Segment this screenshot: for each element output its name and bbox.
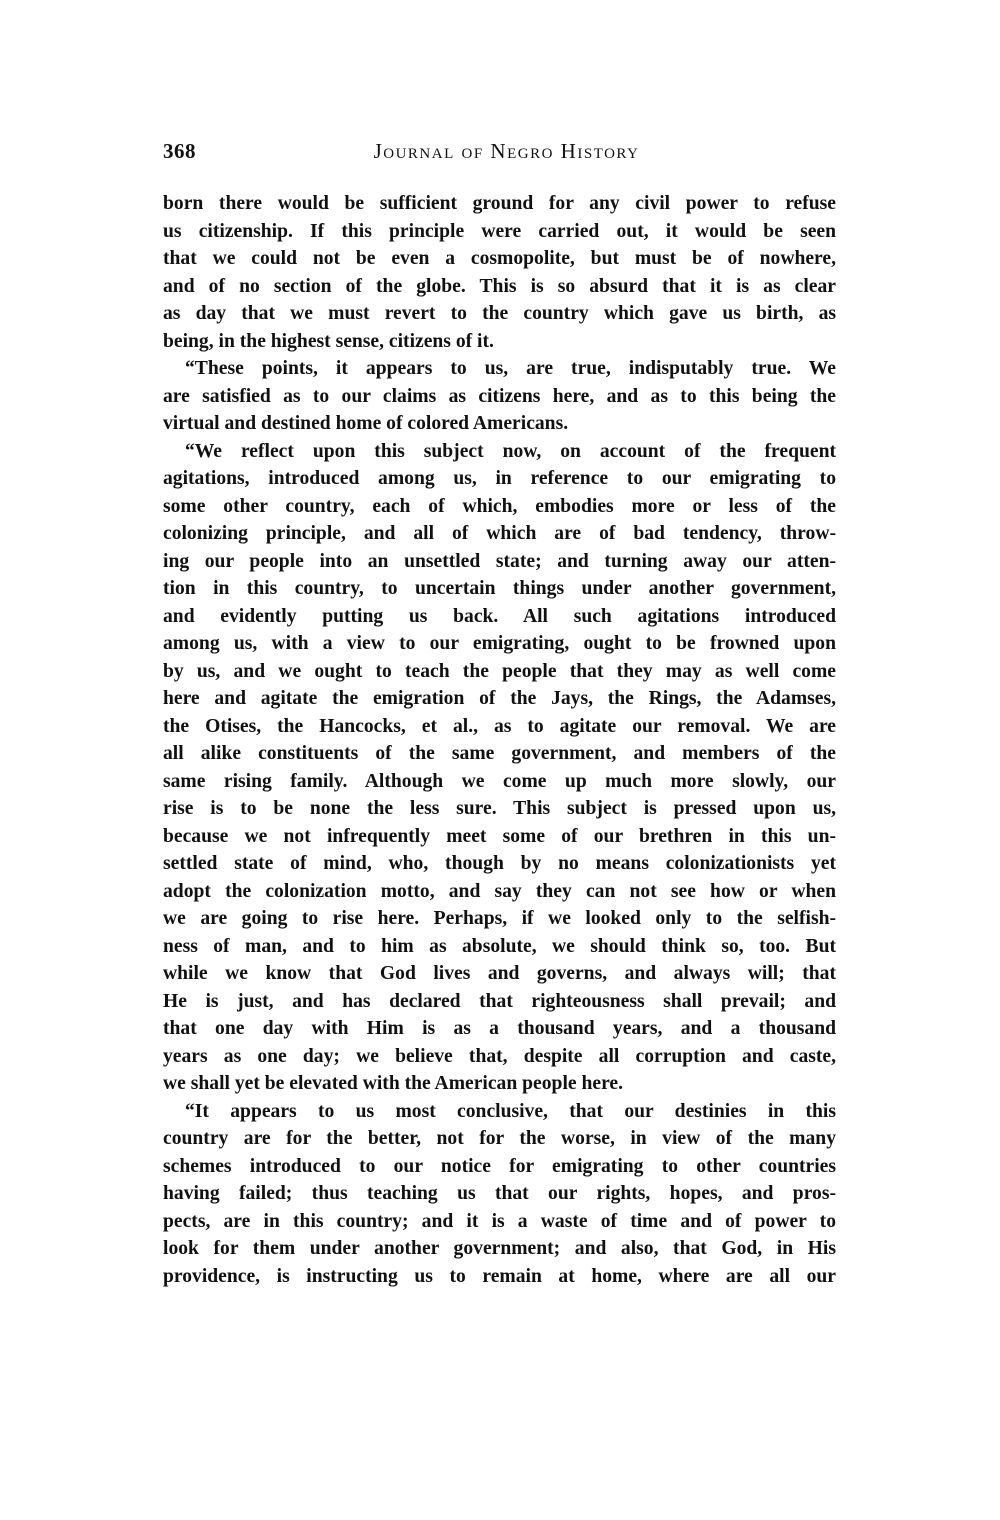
text-line: country are for the better, not for the …: [163, 1125, 836, 1153]
text-line: He is just, and has declared that righte…: [163, 988, 836, 1016]
body-text: born there would be sufficient ground fo…: [163, 190, 836, 1290]
text-line: pects, are in this country; and it is a …: [163, 1208, 836, 1236]
paragraph-start-line: “These points, it appears to us, are tru…: [163, 355, 836, 383]
text-line: providence, is instructing us to remain …: [163, 1263, 836, 1291]
text-line: and of no section of the globe. This is …: [163, 273, 836, 301]
text-line: ness of man, and to him as absolute, we …: [163, 933, 836, 961]
text-line: agitations, introduced among us, in refe…: [163, 465, 836, 493]
text-line: us citizenship. If this principle were c…: [163, 218, 836, 246]
text-line: and evidently putting us back. All such …: [163, 603, 836, 631]
text-line: as day that we must revert to the countr…: [163, 300, 836, 328]
text-line: look for them under another government; …: [163, 1235, 836, 1263]
text-line: rise is to be none the less sure. This s…: [163, 795, 836, 823]
text-line: we are going to rise here. Perhaps, if w…: [163, 905, 836, 933]
paragraph-end-line: virtual and destined home of colored Ame…: [163, 410, 836, 438]
journal-title: Journal of Negro History: [163, 139, 836, 164]
text-line: that one day with Him is as a thousand y…: [163, 1015, 836, 1043]
text-line: here and agitate the emigration of the J…: [163, 685, 836, 713]
text-line: years as one day; we believe that, despi…: [163, 1043, 836, 1071]
text-line: schemes introduced to our notice for emi…: [163, 1153, 836, 1181]
text-line: the Otises, the Hancocks, et al., as to …: [163, 713, 836, 741]
text-line: because we not infrequently meet some of…: [163, 823, 836, 851]
text-line: settled state of mind, who, though by no…: [163, 850, 836, 878]
text-line: some other country, each of which, embod…: [163, 493, 836, 521]
text-line: same rising family. Although we come up …: [163, 768, 836, 796]
text-line: all alike constituents of the same gover…: [163, 740, 836, 768]
text-line: while we know that God lives and governs…: [163, 960, 836, 988]
text-line: tion in this country, to uncertain thing…: [163, 575, 836, 603]
paragraph-start-line: “It appears to us most conclusive, that …: [163, 1098, 836, 1126]
text-line: by us, and we ought to teach the people …: [163, 658, 836, 686]
text-line: that we could not be even a cosmopolite,…: [163, 245, 836, 273]
running-header: 368 Journal of Negro History: [163, 139, 836, 169]
text-line: ing our people into an unsettled state; …: [163, 548, 836, 576]
paragraph-end-line: we shall yet be elevated with the Americ…: [163, 1070, 836, 1098]
document-page: 368 Journal of Negro History born there …: [0, 0, 1000, 1520]
paragraph-end-line: being, in the highest sense, citizens of…: [163, 328, 836, 356]
text-line: are satisfied as to our claims as citize…: [163, 383, 836, 411]
text-line: born there would be sufficient ground fo…: [163, 190, 836, 218]
text-line: adopt the colonization motto, and say th…: [163, 878, 836, 906]
text-line: having failed; thus teaching us that our…: [163, 1180, 836, 1208]
text-line: among us, with a view to our emigrating,…: [163, 630, 836, 658]
text-line: colonizing principle, and all of which a…: [163, 520, 836, 548]
paragraph-start-line: “We reflect upon this subject now, on ac…: [163, 438, 836, 466]
